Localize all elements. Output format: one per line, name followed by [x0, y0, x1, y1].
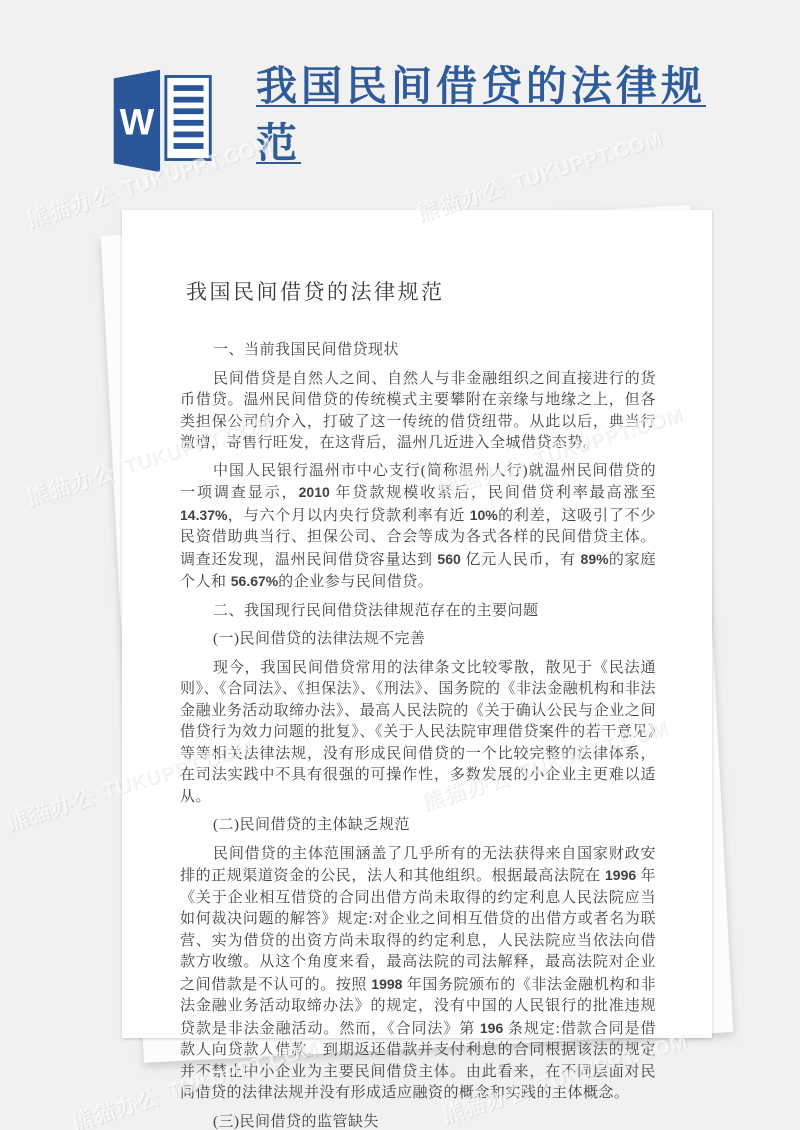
- doc-number: 196: [480, 1020, 503, 1036]
- doc-paragraph: 民间借贷的主体范围涵盖了几乎所有的无法获得来自国家财政安排的正规渠道资金的公民，…: [180, 844, 656, 1105]
- doc-heading: 一、当前我国民间借贷现状: [180, 340, 656, 362]
- doc-heading: (二)民间借贷的主体缺乏规范: [180, 815, 656, 837]
- doc-paragraph: 现今，我国民间借贷常用的法律条文比较零散，散见于《民法通则》、《合同法》、《担保…: [180, 658, 656, 809]
- page-title-link[interactable]: 我国民间借贷的法律规范: [256, 58, 718, 172]
- doc-number: 89%: [581, 551, 609, 567]
- document-page: 我国民间借贷的法律规范 一、当前我国民间借贷现状民间借贷是自然人之间、自然人与非…: [122, 210, 712, 1038]
- doc-paragraph: 中国人民银行温州市中心支行(简称温州人行)就温州民间借贷的一项调查显示，2010…: [180, 461, 656, 594]
- watermark-brand-cn: 熊猫办公: [3, 781, 100, 837]
- doc-number: 56.67%: [231, 573, 278, 589]
- doc-number: 14.37%: [180, 507, 227, 523]
- doc-heading: (一)民间借贷的法律法规不完善: [180, 629, 656, 651]
- doc-number: 1996: [605, 867, 636, 883]
- watermark-brand-cn: 熊猫办公: [68, 1081, 165, 1130]
- word-icon-letter: W: [120, 101, 155, 142]
- doc-body: 一、当前我国民间借贷现状民间借贷是自然人之间、自然人与非金融组织之间直接进行的货…: [180, 340, 656, 1130]
- doc-heading: 二、我国现行民间借贷法律规范存在的主要问题: [180, 601, 656, 623]
- paper-sheet-front: 我国民间借贷的法律规范 一、当前我国民间借贷现状民间借贷是自然人之间、自然人与非…: [122, 210, 712, 1038]
- doc-number: 2010: [299, 484, 330, 500]
- page-canvas: W 我国民间借贷的法律规范 我国民间借贷的法律规范 一、当前我国民间借贷现状民间…: [0, 0, 800, 1130]
- doc-number: 560: [437, 551, 460, 567]
- doc-heading: (三)民间借贷的监管缺失: [180, 1112, 656, 1130]
- watermark-brand-cn: 熊猫办公: [23, 178, 120, 234]
- doc-number: 1998: [371, 976, 402, 992]
- doc-paragraph: 民间借贷是自然人之间、自然人与非金融组织之间直接进行的货币借贷。温州民间借贷的传…: [180, 369, 656, 455]
- doc-number: 10%: [470, 507, 498, 523]
- word-icon: W: [108, 62, 216, 174]
- watermark-brand-cn: 熊猫办公: [23, 456, 120, 512]
- document-title: 我国民间借贷的法律规范: [186, 276, 650, 306]
